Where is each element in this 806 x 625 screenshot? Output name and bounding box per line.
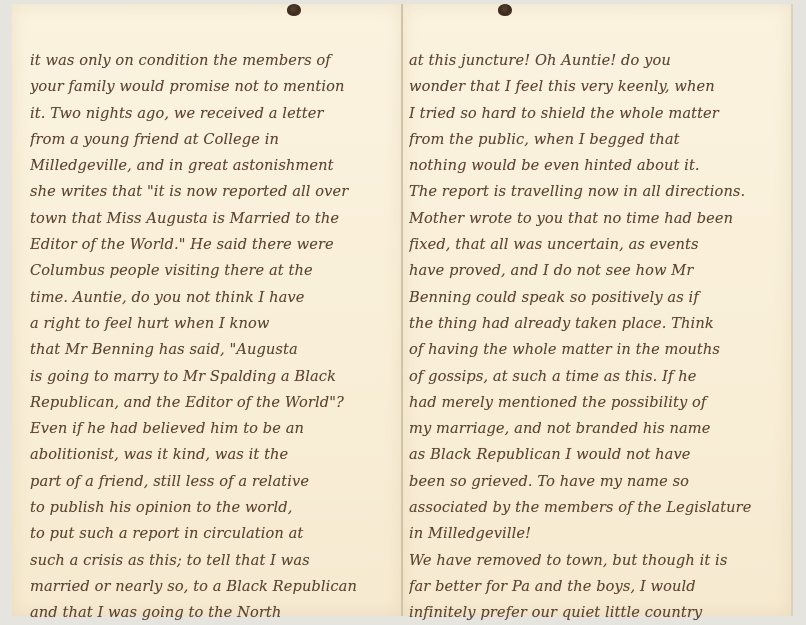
text-line: Republican, and the Editor of the World"…	[30, 390, 394, 416]
text-line: fixed, that all was uncertain, as events	[409, 232, 781, 258]
right-page: at this juncture! Oh Auntie! do you wond…	[402, 4, 793, 616]
text-line: it. Two nights ago, we received a letter	[30, 101, 394, 127]
text-line: infinitely prefer our quiet little count…	[409, 600, 781, 625]
wax-seal-mark	[498, 4, 512, 16]
text-line: my marriage, and not branded his name	[409, 416, 781, 442]
text-line: Milledgeville, and in great astonishment	[30, 153, 394, 179]
text-line: at this juncture! Oh Auntie! do you	[409, 48, 781, 74]
text-line: of gossips, at such a time as this. If h…	[409, 364, 781, 390]
text-line: in Milledgeville!	[409, 521, 781, 547]
text-line: from a young friend at College in	[30, 127, 394, 153]
text-line: Even if he had believed him to be an	[30, 416, 394, 442]
text-line: it was only on condition the members of	[30, 48, 394, 74]
text-line: from the public, when I begged that	[409, 127, 781, 153]
text-line: Editor of the World." He said there were	[30, 232, 394, 258]
text-line: We have removed to town, but though it i…	[409, 548, 781, 574]
text-line: had merely mentioned the possibility of	[409, 390, 781, 416]
text-line: The report is travelling now in all dire…	[409, 179, 781, 205]
text-line: to put such a report in circulation at	[30, 521, 394, 547]
scanned-letter: it was only on condition the members of …	[0, 0, 806, 625]
text-line: Columbus people visiting there at the	[30, 258, 394, 284]
text-line: nothing would be even hinted about it.	[409, 153, 781, 179]
text-line: far better for Pa and the boys, I would	[409, 574, 781, 600]
text-line: been so grieved. To have my name so	[409, 469, 781, 495]
text-line: time. Auntie, do you not think I have	[30, 285, 394, 311]
text-line: that Mr Benning has said, "Augusta	[30, 337, 394, 363]
text-line: of having the whole matter in the mouths	[409, 337, 781, 363]
text-line: to publish his opinion to the world,	[30, 495, 394, 521]
text-line: wonder that I feel this very keenly, whe…	[409, 74, 781, 100]
text-line: and that I was going to the North	[30, 600, 394, 625]
text-line: Mother wrote to you that no time had bee…	[409, 206, 781, 232]
wax-seal-mark	[287, 4, 301, 16]
text-line: she writes that "it is now reported all …	[30, 179, 394, 205]
right-page-text: at this juncture! Oh Auntie! do you wond…	[409, 48, 781, 625]
text-line: town that Miss Augusta is Married to the	[30, 206, 394, 232]
text-line: part of a friend, still less of a relati…	[30, 469, 394, 495]
text-line: your family would promise not to mention	[30, 74, 394, 100]
left-page-text: it was only on condition the members of …	[30, 48, 394, 625]
text-line: Benning could speak so positively as if	[409, 285, 781, 311]
text-line: such a crisis as this; to tell that I wa…	[30, 548, 394, 574]
text-line: a right to feel hurt when I know	[30, 311, 394, 337]
text-line: have proved, and I do not see how Mr	[409, 258, 781, 284]
text-line: abolitionist, was it kind, was it the	[30, 442, 394, 468]
text-line: married or nearly so, to a Black Republi…	[30, 574, 394, 600]
text-line: as Black Republican I would not have	[409, 442, 781, 468]
text-line: is going to marry to Mr Spalding a Black	[30, 364, 394, 390]
text-line: associated by the members of the Legisla…	[409, 495, 781, 521]
text-line: I tried so hard to shield the whole matt…	[409, 101, 781, 127]
left-page: it was only on condition the members of …	[12, 4, 403, 616]
text-line: the thing had already taken place. Think	[409, 311, 781, 337]
